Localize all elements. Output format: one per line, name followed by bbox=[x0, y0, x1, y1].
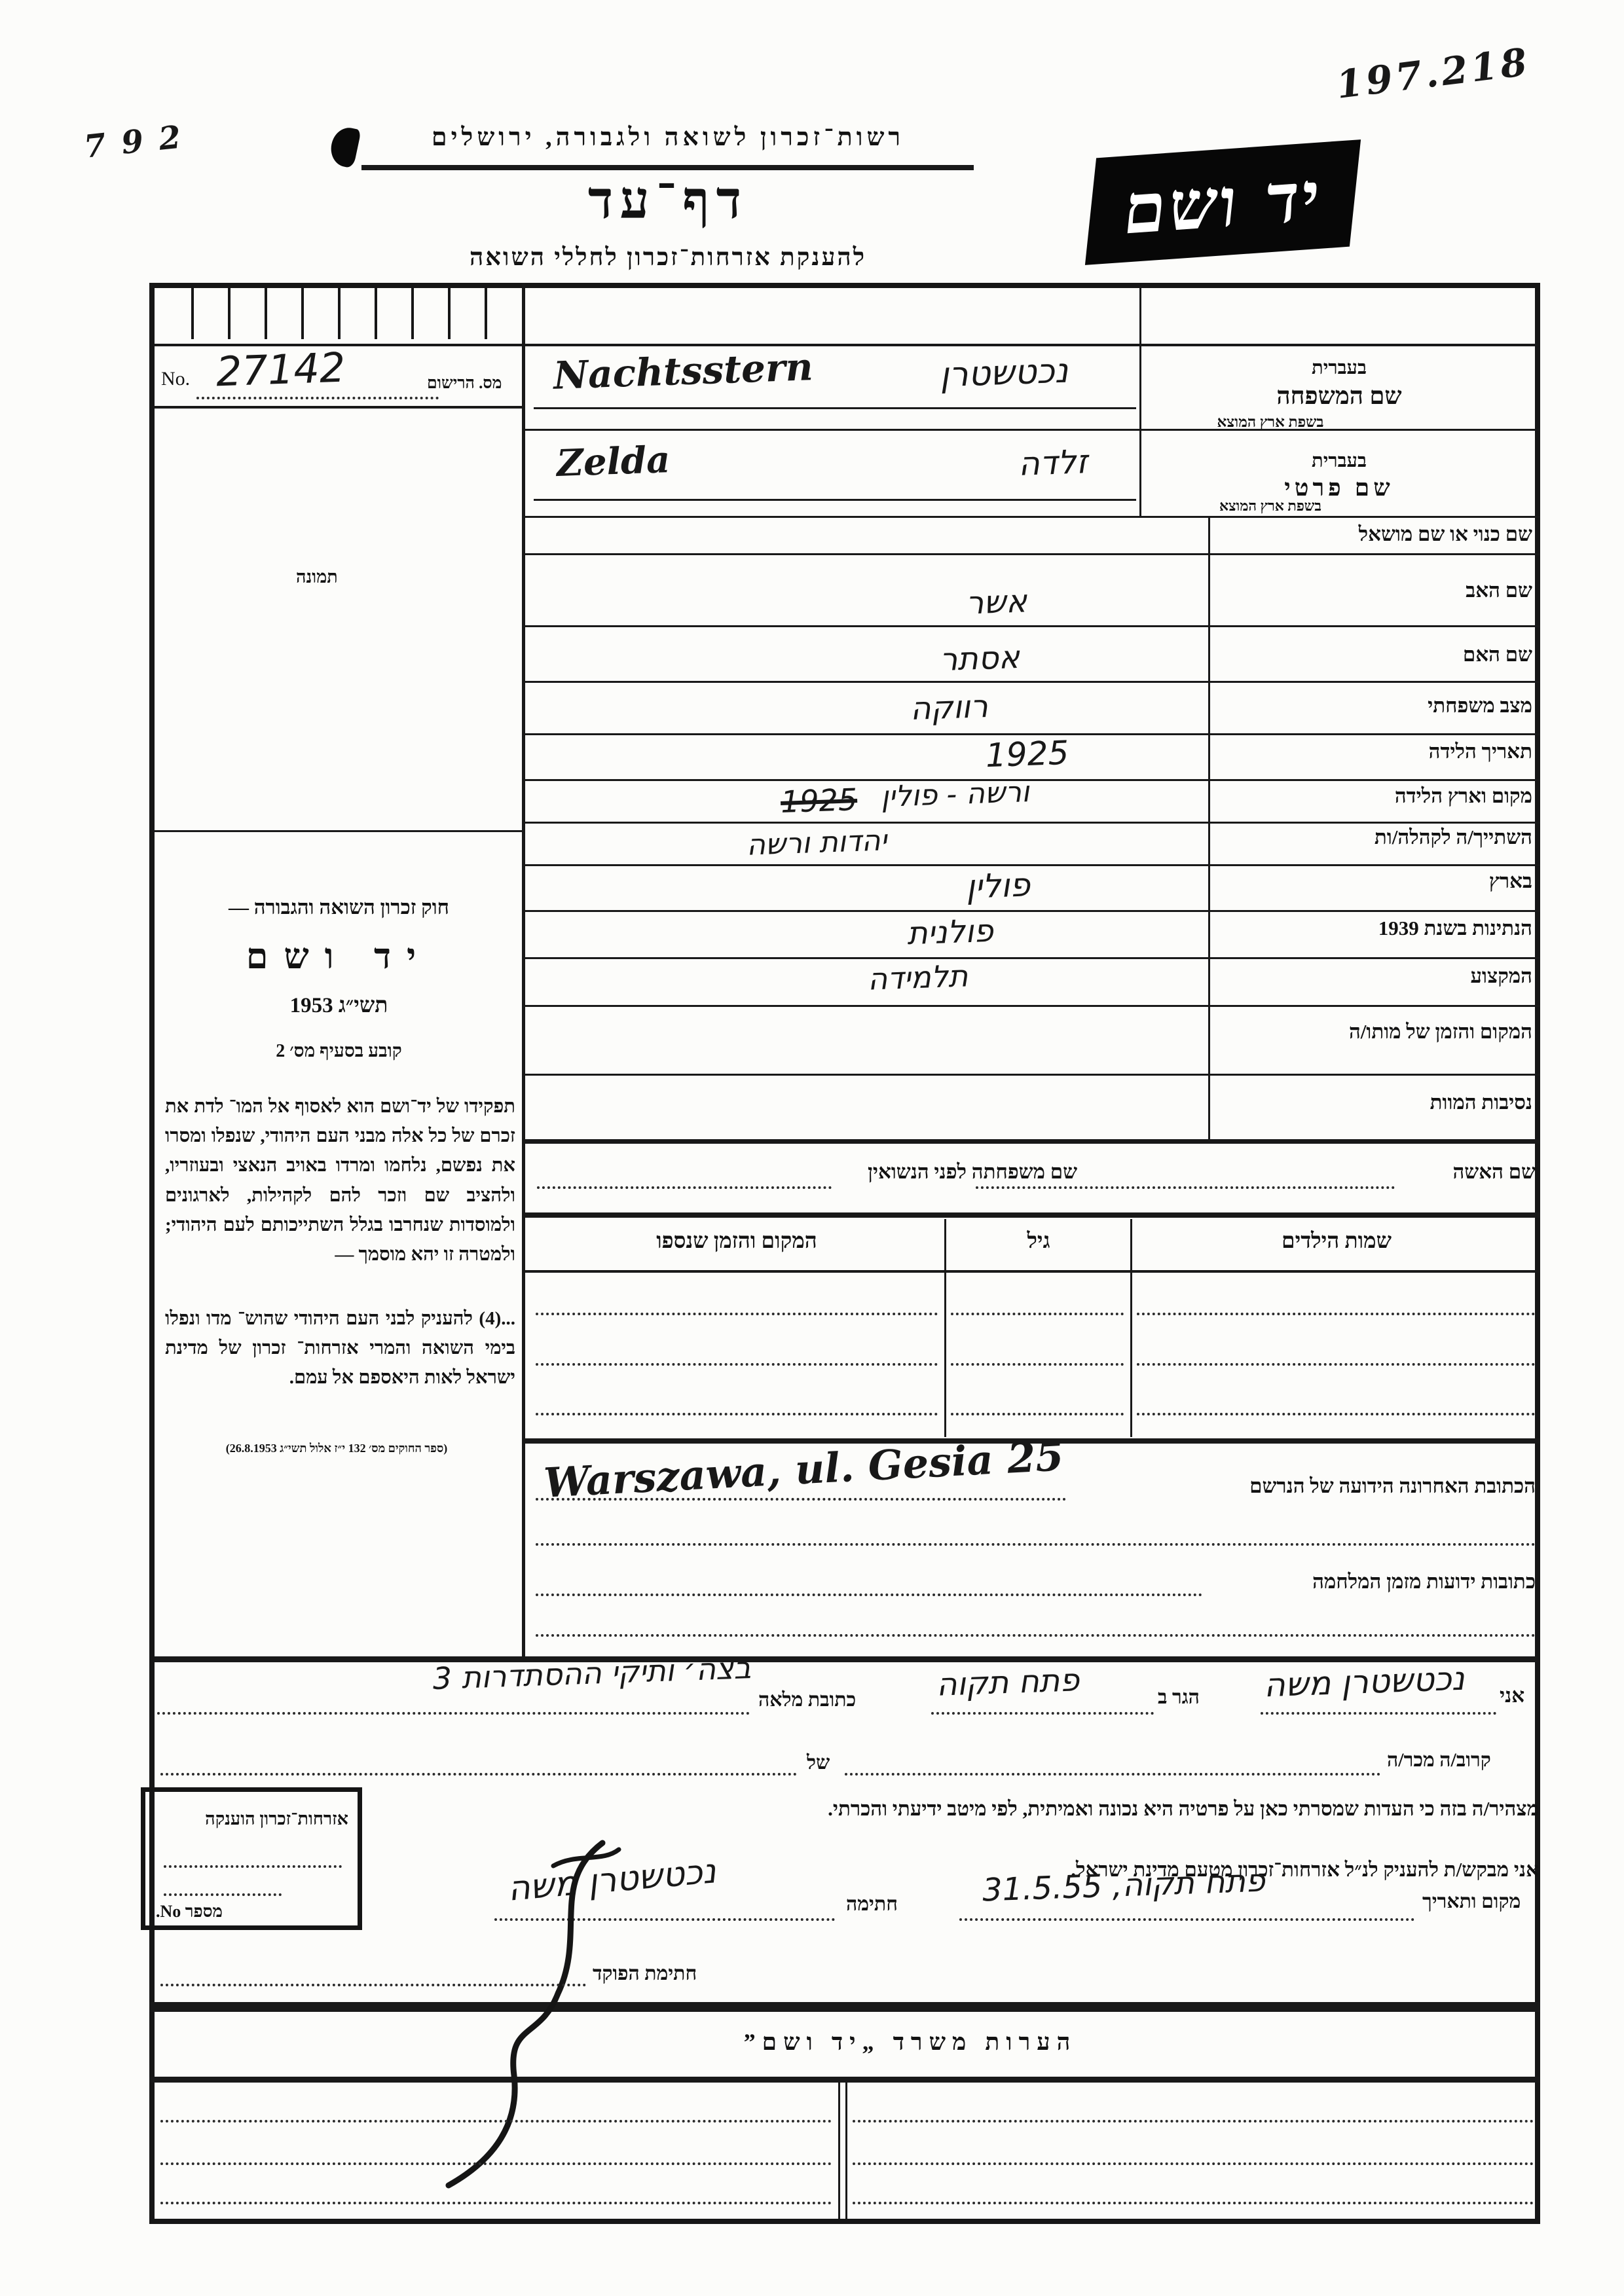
marital-status-handwritten: רווקה bbox=[910, 688, 989, 727]
relative-label: קרוב/ה מכר/ה bbox=[1387, 1749, 1491, 1772]
writing-line bbox=[534, 499, 1136, 501]
wartime-address-dotted bbox=[536, 1594, 1202, 1596]
law-paragraph-2: ‏...(4) להעניק לבני העם היהודי שהוש־ מדו… bbox=[165, 1304, 515, 1393]
office-notes-title: הערות משרד „יד ושם” bbox=[681, 2028, 1139, 2056]
birth-place-struck-year: 1925 bbox=[780, 782, 858, 820]
declaration-statement-1: מצהיר/ה בזה כי העדות שמסרתי כאן על פרטיה… bbox=[367, 1797, 1539, 1821]
notes-line bbox=[160, 2120, 832, 2123]
row-sep bbox=[525, 681, 1540, 683]
yad-vashem-logo: יד ושם bbox=[1085, 139, 1361, 265]
firstname-latin-handwritten: Zelda bbox=[556, 438, 671, 485]
birth-year-handwritten: 1925 bbox=[985, 734, 1069, 774]
section-divider-bold bbox=[525, 1139, 1540, 1144]
children-row-line bbox=[951, 1413, 1124, 1415]
law-year: תשי״ג 1953 bbox=[160, 994, 517, 1018]
children-row-line bbox=[1137, 1413, 1535, 1415]
notes-line bbox=[160, 2162, 832, 2165]
no-label: No. bbox=[161, 368, 190, 390]
address-dotted-line bbox=[536, 1543, 1536, 1546]
notes-line bbox=[160, 2202, 832, 2204]
profession-handwritten: תלמידה bbox=[867, 958, 969, 996]
authority-line: רשות־זכרון לשואה ולגבורה, ירושלים bbox=[363, 123, 972, 152]
country-handwritten: פולין bbox=[965, 866, 1031, 905]
children-header-underline bbox=[525, 1270, 1540, 1273]
wife-name-label: שם האשה bbox=[1401, 1160, 1536, 1184]
yad-vashem-logo-text: יד ושם bbox=[1120, 155, 1326, 249]
place-date-label: מקום ותאריך bbox=[1422, 1891, 1521, 1913]
relative-dotted bbox=[845, 1773, 1380, 1776]
law-paragraph-1: תפקידו של יד־ושם הוא לאסוף אל המו־ לדת א… bbox=[165, 1092, 515, 1269]
row-sep bbox=[525, 1005, 1540, 1007]
registrar-signature-flourish bbox=[386, 1827, 661, 2193]
archive-number-handwritten: 197.218 bbox=[1334, 39, 1532, 107]
signature-label: חתימה bbox=[846, 1893, 898, 1916]
official-signature-label: חתימת הפוקד bbox=[593, 1963, 697, 1985]
field-label-death-place-time: המקום והזמן של מותו/ה bbox=[1215, 1020, 1532, 1044]
field-label-community: השתייך/ה לקהלה/ות bbox=[1215, 826, 1532, 849]
notes-box-top bbox=[149, 2077, 1540, 2083]
row-sep bbox=[525, 779, 1540, 781]
form-subtitle: להענקת אזרחות־זכרון לחללי השואה bbox=[386, 244, 950, 272]
declarant-name-handwritten: נכטשטרן משה bbox=[1263, 1660, 1465, 1705]
of-dotted bbox=[160, 1773, 797, 1776]
firstname-hebrew-handwritten: זלדה bbox=[1018, 443, 1088, 483]
wife-maiden-dotted-line bbox=[537, 1186, 832, 1189]
row-sep bbox=[525, 553, 1540, 555]
field-label-father: שם האב bbox=[1215, 579, 1532, 602]
full-address-label: כתובת מלאה bbox=[758, 1689, 856, 1711]
declarant-name-dotted bbox=[1261, 1712, 1496, 1715]
father-name-handwritten: אשר bbox=[965, 583, 1027, 621]
children-row-line bbox=[951, 1313, 1124, 1315]
residing-label: הגר ב bbox=[1158, 1686, 1200, 1709]
field-label-death-circumstances: נסיבות המוות bbox=[1215, 1091, 1532, 1114]
row-sep bbox=[525, 864, 1540, 866]
children-row-line bbox=[536, 1413, 938, 1415]
row-sep bbox=[525, 1074, 1540, 1076]
birth-place-handwritten: ורשה - פולין bbox=[880, 775, 1030, 814]
row-sep bbox=[525, 957, 1540, 959]
children-header-names: שמות הילדים bbox=[1136, 1230, 1537, 1254]
community-handwritten: יהדות ורשה bbox=[746, 824, 887, 862]
header-crescent-icon bbox=[327, 124, 361, 168]
field-label-mother: שם האם bbox=[1215, 643, 1532, 666]
field-label-country: בארץ bbox=[1215, 869, 1532, 893]
stamp-box-number-label: מספר No. bbox=[156, 1902, 223, 1922]
children-col-divider bbox=[1130, 1219, 1132, 1437]
last-address-label: הכתובת האחרונה הידועה של הנרשם bbox=[1080, 1474, 1536, 1498]
line-under-registration bbox=[155, 406, 523, 409]
field-label-profession: המקצוע bbox=[1215, 964, 1532, 988]
children-row-line bbox=[951, 1363, 1124, 1366]
row-sep bbox=[525, 516, 1540, 518]
stamp-box-title: אזרחות־זכרון הוענקה bbox=[205, 1809, 348, 1829]
registration-dotted-line bbox=[196, 397, 439, 399]
notes-line bbox=[853, 2202, 1534, 2204]
field-label-hebrew-2: בעברית bbox=[1143, 450, 1536, 472]
section-divider-bold bbox=[525, 1212, 1540, 1218]
sidebar-divider bbox=[522, 283, 525, 1656]
wartime-address-label: כתובות ידועות מזמן המלחמה bbox=[1208, 1570, 1536, 1594]
notes-line bbox=[853, 2120, 1534, 2123]
notes-line bbox=[853, 2162, 1534, 2165]
last-address-dotted bbox=[536, 1498, 1066, 1501]
line-under-header-strip bbox=[155, 344, 1538, 346]
notes-box-divider bbox=[845, 2083, 847, 2219]
residing-place-handwritten: פתח תקוה bbox=[936, 1662, 1080, 1704]
writing-line bbox=[534, 407, 1136, 409]
surname-latin-handwritten: Nachtsstern bbox=[553, 344, 814, 398]
notes-box-divider bbox=[838, 2083, 840, 2219]
children-row-line bbox=[536, 1313, 938, 1315]
law-reference: (ספר החוקים מס׳ 132 י״ז אלול תשי״ג 26.8.… bbox=[156, 1442, 517, 1455]
field-label-origin-lang-2: בשפת ארץ המוצא bbox=[1149, 498, 1392, 515]
declarant-i-label: אני bbox=[1500, 1684, 1524, 1707]
form-title: דף־עד bbox=[517, 172, 819, 231]
of-label: של bbox=[807, 1752, 830, 1774]
citizenship-stamp-box: אזרחות־זכרון הוענקה מספר No. bbox=[141, 1787, 362, 1930]
field-label-hebrew-1: בעברית bbox=[1143, 357, 1536, 379]
law-heading: חוק זכרון השואה והגבורה — bbox=[160, 896, 517, 919]
address-dotted-line bbox=[536, 1634, 1536, 1637]
section-divider-bold bbox=[155, 1656, 1538, 1662]
children-row-line bbox=[1137, 1313, 1535, 1315]
stamp-box-dotted bbox=[164, 1893, 282, 1896]
field-label-birth-place: מקום וארץ הלידה bbox=[1215, 784, 1532, 808]
nationality-handwritten: פולנית bbox=[906, 913, 994, 953]
registration-ruler-ticks bbox=[157, 288, 519, 339]
field-label-birth-date: תאריך הלידה bbox=[1215, 740, 1532, 763]
law-section: קובע בסעיף מס׳ 2 bbox=[160, 1041, 517, 1062]
law-title: יד ושם bbox=[160, 936, 517, 977]
field-label-nationality-1939: הנתינות בשנת 1939 bbox=[1215, 917, 1532, 940]
field-label-marital-status: מצב משפחתי bbox=[1215, 694, 1532, 718]
corner-page-number: 792 bbox=[83, 117, 198, 166]
wife-maiden-name-label: שם משפחתה לפני הנשואין bbox=[838, 1160, 1107, 1184]
field-label-nickname: שם כנוי או שם מושאל bbox=[1215, 522, 1532, 546]
registration-label: מס. הרישום bbox=[427, 374, 502, 393]
line-under-photo bbox=[155, 830, 522, 832]
wife-name-dotted-line bbox=[976, 1186, 1395, 1189]
children-row-line bbox=[536, 1363, 938, 1366]
children-header-age: גיל bbox=[950, 1230, 1128, 1254]
children-row-line bbox=[1137, 1363, 1535, 1366]
row-sep bbox=[525, 910, 1540, 912]
full-address-dotted bbox=[157, 1712, 750, 1715]
mother-name-handwritten: אסתר bbox=[939, 639, 1020, 678]
children-header-death-place: המקום והזמן שנספו bbox=[534, 1230, 940, 1254]
page-of-testimony-form: 792 רשות־זכרון לשואה ולגבורה, ירושלים דף… bbox=[0, 0, 1624, 2296]
row-sep bbox=[525, 822, 1540, 824]
photo-placeholder-label: תמונה bbox=[296, 567, 338, 587]
label-divider-main bbox=[1208, 516, 1210, 1139]
official-signature-dotted bbox=[160, 1984, 586, 1986]
place-date-dotted bbox=[959, 1918, 1414, 1921]
section-divider-heavy bbox=[149, 2002, 1540, 2012]
field-label-origin-lang-1: בשפת ארץ המוצא bbox=[1149, 414, 1392, 431]
stamp-box-dotted bbox=[164, 1865, 342, 1868]
registration-number-handwritten: 27142 bbox=[215, 344, 346, 396]
authority-underline bbox=[361, 165, 974, 170]
children-col-divider bbox=[944, 1219, 946, 1437]
field-label-surname: שם המשפחה bbox=[1143, 382, 1536, 410]
row-sep bbox=[525, 625, 1540, 627]
label-divider-top bbox=[1139, 286, 1141, 516]
residing-dotted bbox=[931, 1712, 1154, 1715]
surname-hebrew-handwritten: נכטשטרן bbox=[939, 352, 1069, 395]
